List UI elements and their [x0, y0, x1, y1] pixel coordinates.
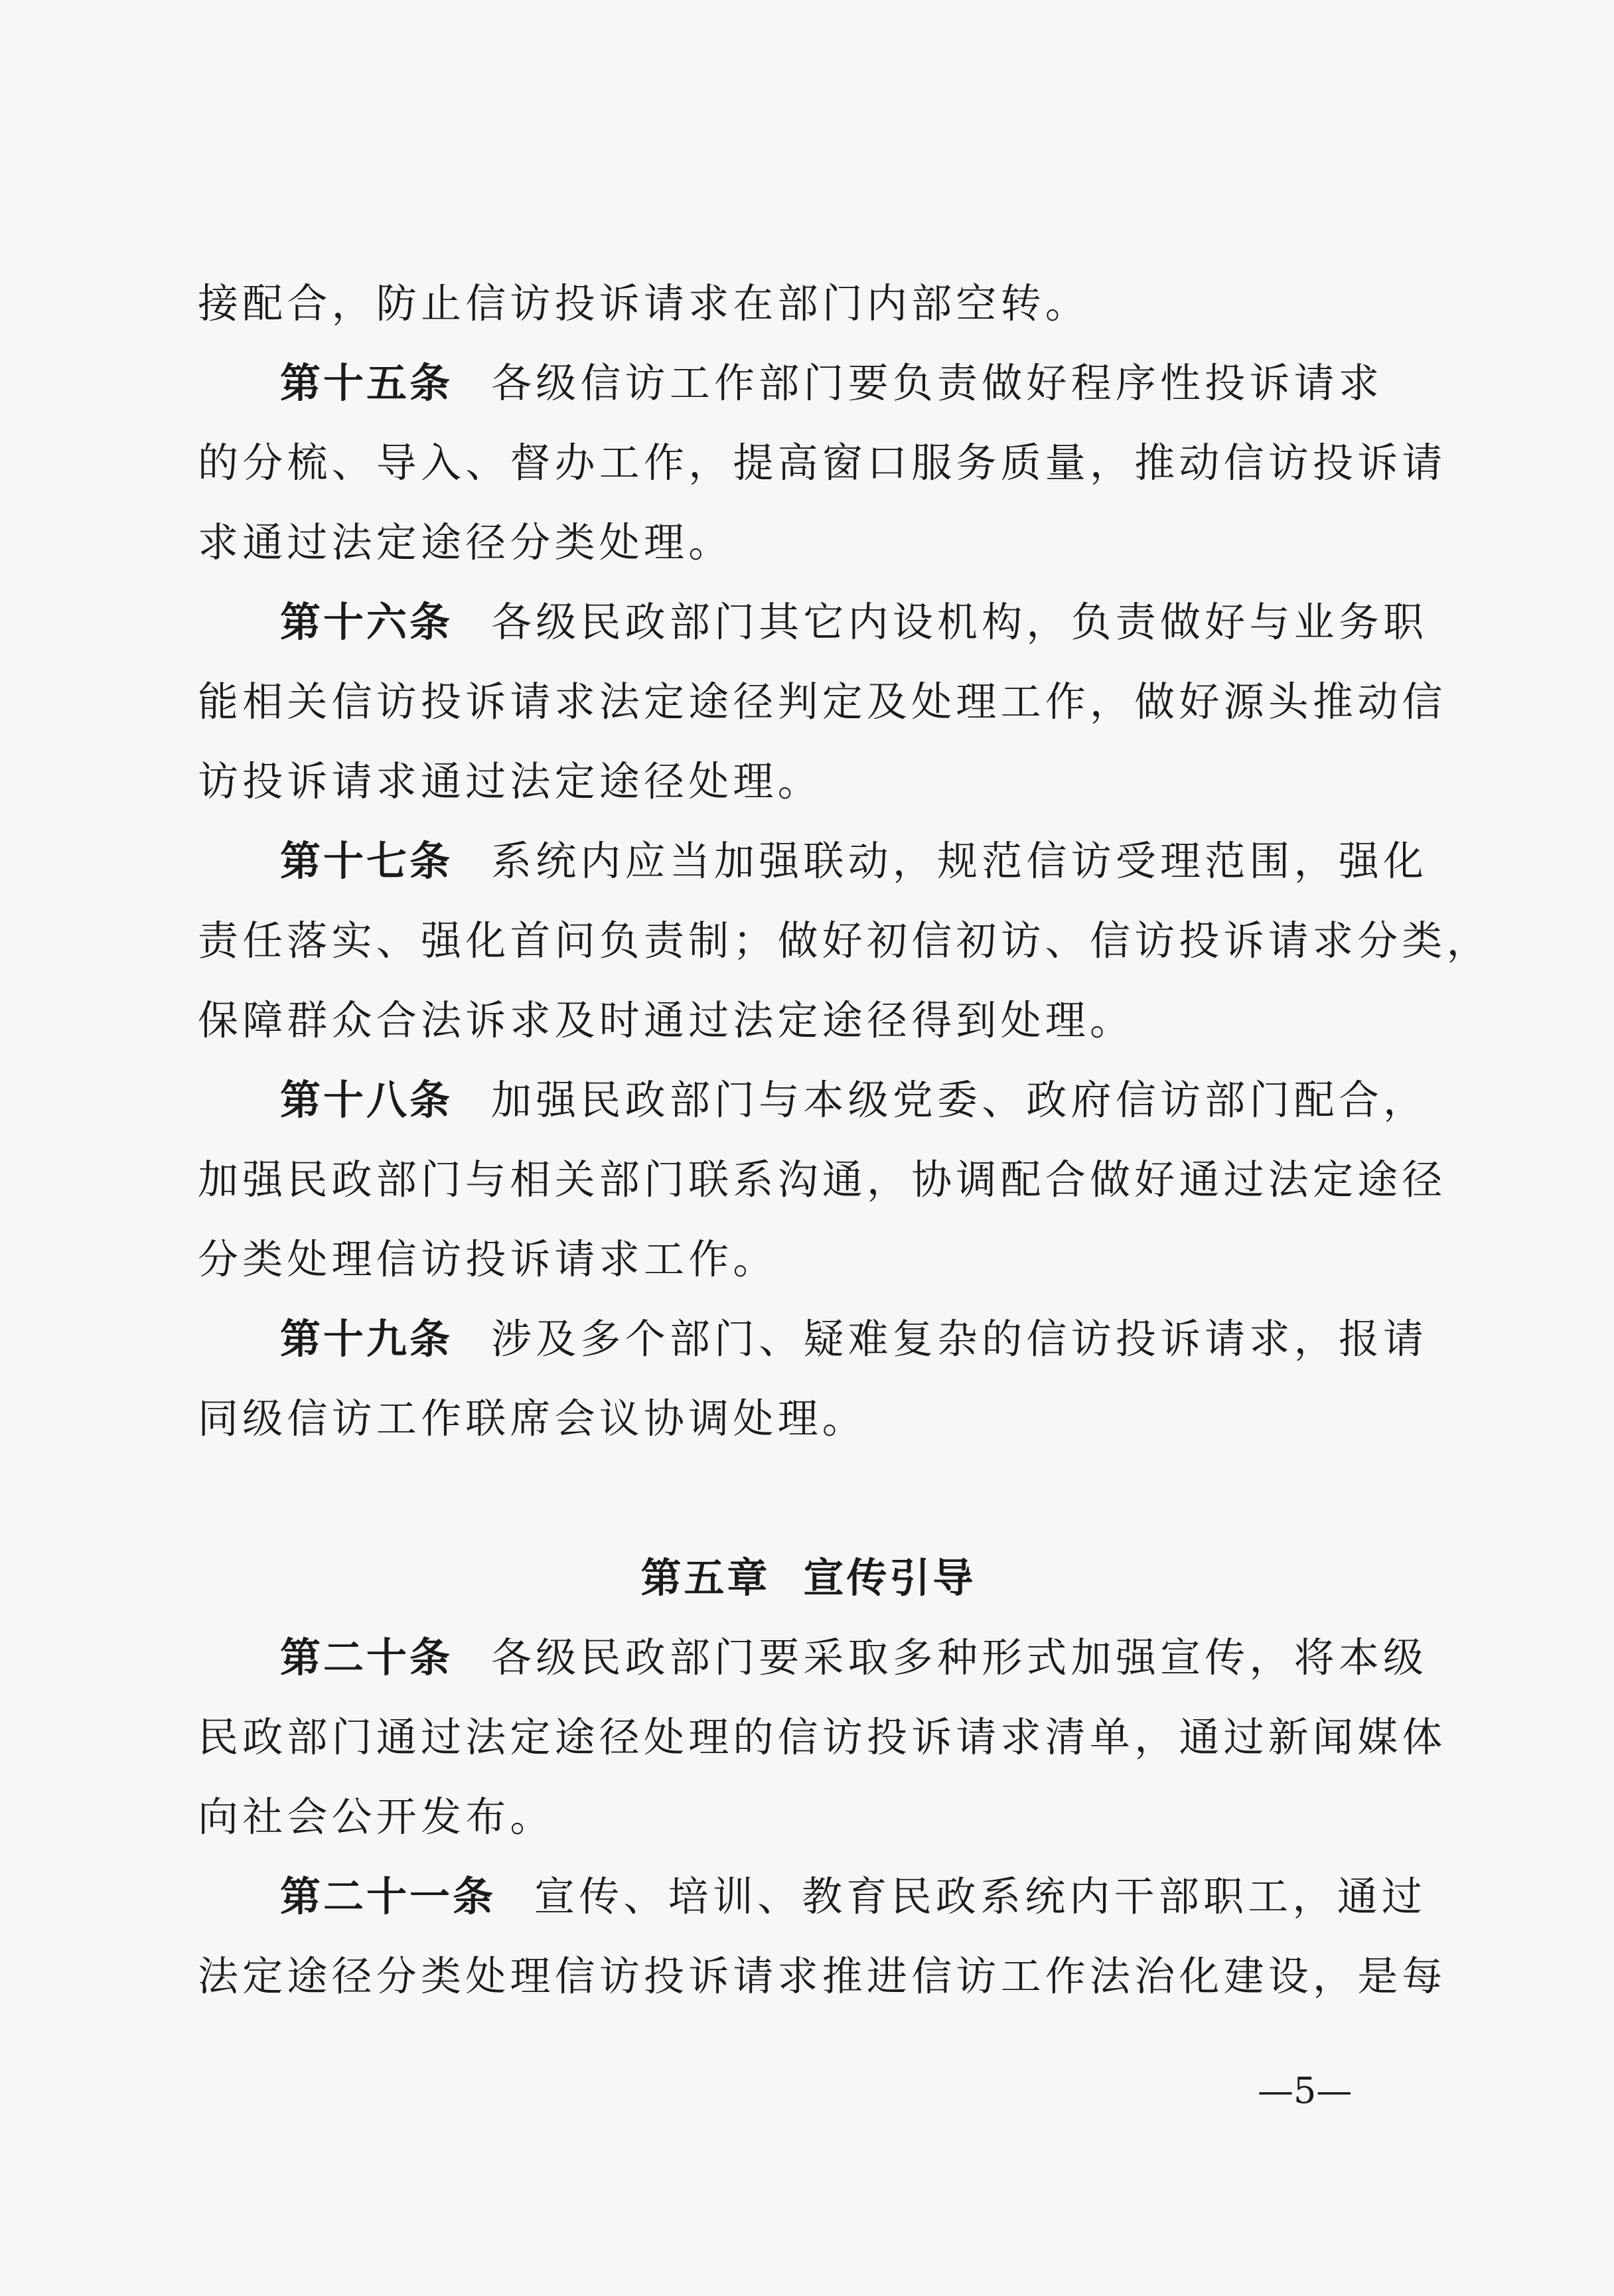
article-heading: 第十五条	[280, 360, 453, 407]
chapter-title: 宣传引导	[804, 1555, 976, 1602]
text-line: 同级信访工作联席会议协调处理。	[198, 1379, 1419, 1459]
article-line: 第十九条涉及多个部门、疑难复杂的信访投诉请求，报请	[198, 1300, 1419, 1379]
text-line: 向社会公开发布。	[198, 1778, 1419, 1857]
spacer	[198, 1459, 1419, 1539]
article-text: 接配合，防止信访投诉请求在部门内部空转。	[198, 280, 1090, 327]
article-text: 涉及多个部门、疑难复杂的信访投诉请求，报请	[491, 1316, 1428, 1363]
article-text: 求通过法定途径分类处理。	[198, 519, 733, 566]
article-text: 向社会公开发布。	[198, 1794, 555, 1841]
articles-section-chapter-4: 接配合，防止信访投诉请求在部门内部空转。第十五条各级信访工作部门要负责做好程序性…	[198, 264, 1419, 1459]
article-text: 能相关信访投诉请求法定途径判定及处理工作，做好源头推动信	[198, 678, 1447, 726]
article-heading: 第十九条	[280, 1316, 453, 1363]
article-text: 宣传、培训、教育民政系统内干部职工，通过	[534, 1873, 1426, 1920]
article-heading: 第十八条	[280, 1077, 453, 1124]
article-line: 第二十一条宣传、培训、教育民政系统内干部职工，通过	[198, 1857, 1419, 1937]
article-text: 保障群众合法诉求及时通过法定途径得到处理。	[198, 997, 1134, 1044]
text-line: 法定途径分类处理信访投诉请求推进信访工作法治化建设，是每	[198, 1937, 1419, 2017]
article-line: 第十五条各级信访工作部门要负责做好程序性投诉请求	[198, 344, 1419, 423]
text-line: 访投诉请求通过法定途径处理。	[198, 742, 1419, 822]
chapter-number: 第五章	[640, 1555, 770, 1602]
text-line: 能相关信访投诉请求法定途径判定及处理工作，做好源头推动信	[198, 662, 1419, 742]
text-line: 接配合，防止信访投诉请求在部门内部空转。	[198, 264, 1419, 344]
article-heading: 第二十一条	[280, 1873, 496, 1920]
text-line: 分类处理信访投诉请求工作。	[198, 1220, 1419, 1300]
document-page: 接配合，防止信访投诉请求在部门内部空转。第十五条各级信访工作部门要负责做好程序性…	[198, 264, 1419, 2017]
article-text: 同级信访工作联席会议协调处理。	[198, 1395, 867, 1442]
article-heading: 第十七条	[280, 838, 453, 885]
article-text: 各级民政部门要采取多种形式加强宣传，将本级	[491, 1634, 1428, 1681]
articles-section-chapter-5: 第二十条各级民政部门要采取多种形式加强宣传，将本级民政部门通过法定途径处理的信访…	[198, 1618, 1419, 2017]
text-line: 民政部门通过法定途径处理的信访投诉请求清单，通过新闻媒体	[198, 1698, 1419, 1778]
article-heading: 第二十条	[280, 1634, 453, 1681]
article-text: 法定途径分类处理信访投诉请求推进信访工作法治化建设，是每	[198, 1953, 1447, 2000]
article-text: 民政部门通过法定途径处理的信访投诉请求清单，通过新闻媒体	[198, 1714, 1447, 1761]
article-line: 第十六条各级民政部门其它内设机构，负责做好与业务职	[198, 583, 1419, 662]
text-line: 责任落实、强化首问负责制；做好初信初访、信访投诉请求分类，	[198, 901, 1419, 981]
article-text: 访投诉请求通过法定途径处理。	[198, 758, 822, 805]
article-text: 系统内应当加强联动，规范信访受理范围，强化	[491, 838, 1428, 885]
article-heading: 第十六条	[280, 599, 453, 646]
page-number: —5—	[1258, 2070, 1352, 2111]
article-line: 第二十条各级民政部门要采取多种形式加强宣传，将本级	[198, 1618, 1419, 1698]
article-line: 第十七条系统内应当加强联动，规范信访受理范围，强化	[198, 822, 1419, 901]
article-text: 各级民政部门其它内设机构，负责做好与业务职	[491, 599, 1428, 646]
article-line: 第十八条加强民政部门与本级党委、政府信访部门配合，	[198, 1061, 1419, 1140]
article-text: 的分梳、导入、督办工作，提高窗口服务质量，推动信访投诉请	[198, 439, 1447, 487]
chapter-heading: 第五章宣传引导	[198, 1539, 1419, 1618]
text-line: 加强民政部门与相关部门联系沟通，协调配合做好通过法定途径	[198, 1140, 1419, 1220]
article-text: 加强民政部门与本级党委、政府信访部门配合，	[491, 1077, 1428, 1124]
text-line: 保障群众合法诉求及时通过法定途径得到处理。	[198, 981, 1419, 1061]
text-line: 的分梳、导入、督办工作，提高窗口服务质量，推动信访投诉请	[198, 423, 1419, 503]
text-line: 求通过法定途径分类处理。	[198, 503, 1419, 583]
article-text: 各级信访工作部门要负责做好程序性投诉请求	[491, 360, 1383, 407]
article-text: 责任落实、强化首问负责制；做好初信初访、信访投诉请求分类，	[198, 917, 1491, 964]
article-text: 加强民政部门与相关部门联系沟通，协调配合做好通过法定途径	[198, 1156, 1447, 1203]
article-text: 分类处理信访投诉请求工作。	[198, 1236, 778, 1283]
